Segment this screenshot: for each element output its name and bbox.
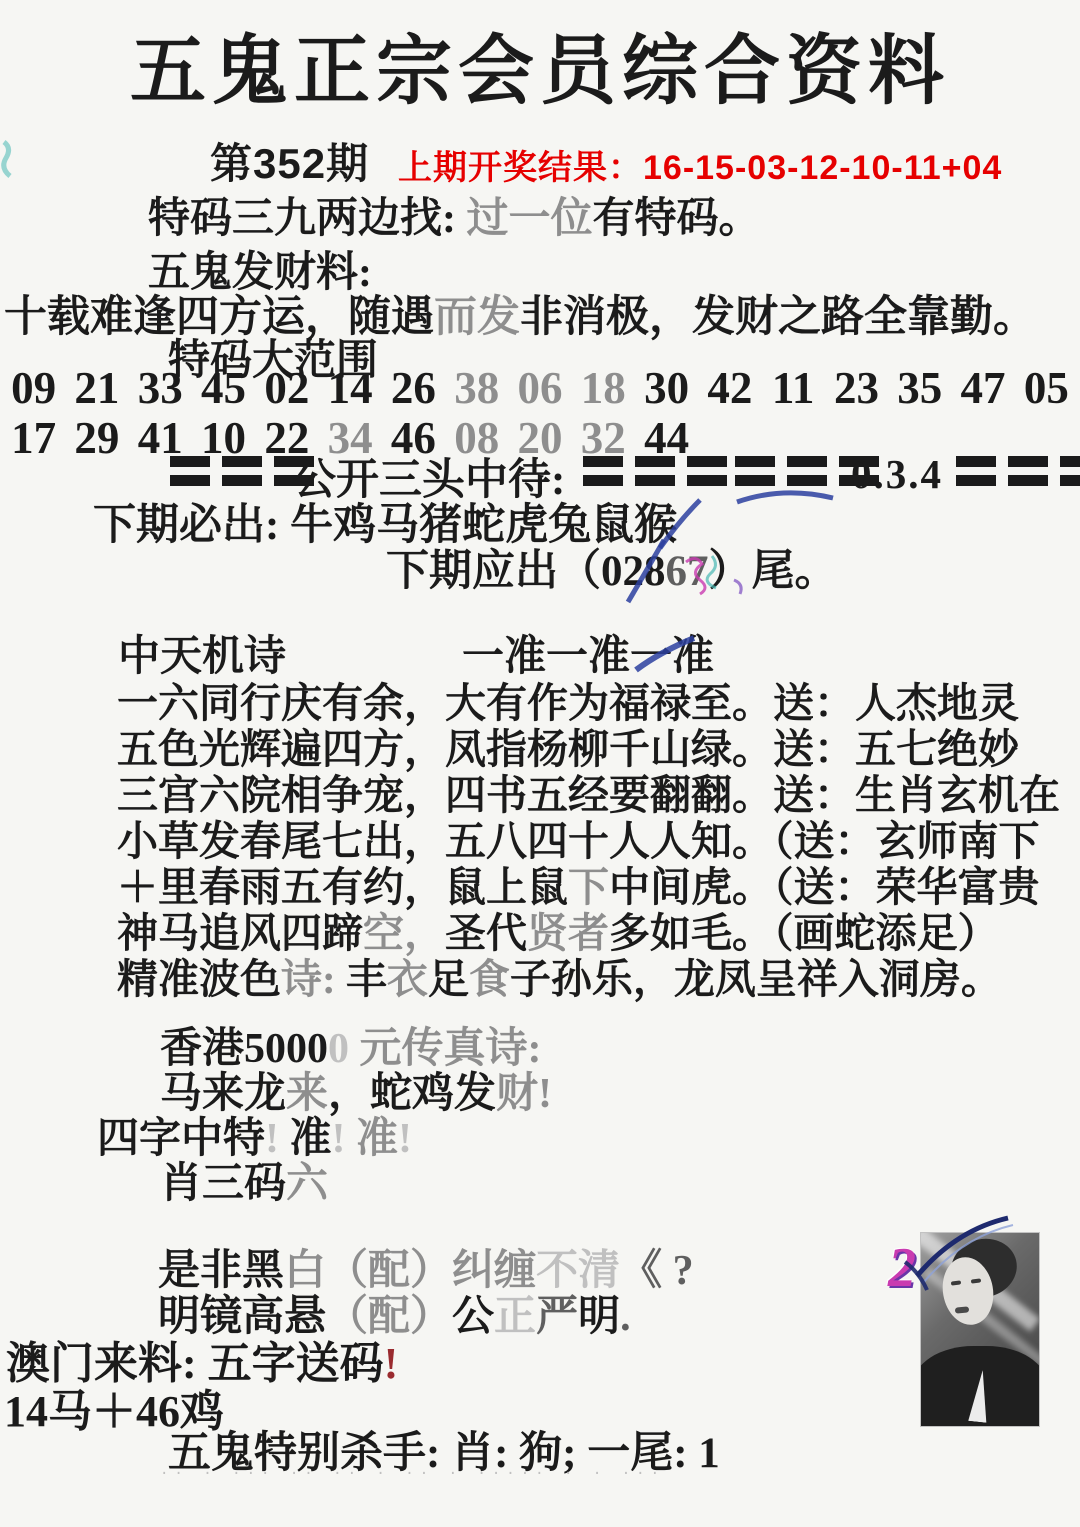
text-segment: 下期应出（028 [386, 548, 666, 595]
text-segment: 多如毛。（画蛇添足） [609, 910, 999, 956]
range-number: 09 [2, 362, 65, 414]
bar-unit [687, 456, 727, 486]
text-segment: ! [332, 1116, 357, 1162]
magenta-2-overlay: 2 [888, 1236, 916, 1300]
poem-line: 五色光辉遍四方，凤指杨柳千山绿。送：五七绝妙 [117, 727, 1019, 772]
last-draw-result: 上期开奖结果：16-15-03-12-10-11+04 [398, 140, 1002, 189]
text-segment: 而发 [434, 294, 520, 341]
poem-accuracy-note: 一准一准一准 [462, 634, 714, 680]
macau-material-line: 澳门来料: 五字送码! [6, 1340, 398, 1388]
bars-code: 0.3.4 [851, 450, 943, 498]
text-segment: 不清 [536, 1248, 620, 1294]
poem-title: 中天机诗 [118, 634, 286, 680]
range-number: 06 [508, 362, 571, 414]
tip-line-special-code: 特码三九两边找: 过一位有特码。 [148, 196, 761, 242]
range-number: 02 [255, 362, 318, 414]
text-segment: ）尾。 [709, 548, 838, 595]
text-segment: （配） [326, 1294, 452, 1340]
text-segment: 香港5000 [160, 1026, 328, 1072]
text-segment: 贤者 [527, 910, 609, 956]
range-number: 38 [445, 362, 508, 414]
range-number: 23 [825, 362, 888, 414]
text-segment: 明 [578, 1294, 620, 1340]
bar-unit [1008, 456, 1048, 486]
range-number: 29 [65, 412, 128, 464]
bar-group-4 [956, 456, 1080, 486]
text-segment: 财! [496, 1071, 552, 1117]
text-segment: 是非黑 [158, 1248, 284, 1294]
text-segment: 马来龙 [160, 1071, 286, 1117]
cutoff-scan-marks: .. . ... .. .. . .. . ..... . . ... [160, 1462, 665, 1478]
next-tail-line: 下期应出（02867）尾。 [386, 548, 838, 595]
text-segment: 非消极，发财之路全靠勤。 [520, 294, 1036, 341]
text-segment: 食 [469, 956, 510, 1002]
text-segment: 丰 [346, 956, 387, 1002]
range-number: 18 [572, 362, 635, 414]
range-number: 45 [192, 362, 255, 414]
text-segment: 中间虎。（送：荣华富贵 [609, 864, 1040, 910]
pair-line-2: 明镜高悬（配）公正严明. [158, 1294, 631, 1340]
text-segment: 纠缠 [452, 1248, 536, 1294]
text-segment: 下 [568, 864, 609, 910]
text-segment: 六 [286, 1161, 328, 1207]
bar-unit [1060, 456, 1080, 486]
range-number: 11 [762, 362, 825, 414]
text-segment: 十载难逢四方运，随遇 [4, 294, 434, 341]
text-segment: 下期必出: [93, 502, 290, 549]
text-segment: ，蛇鸡发 [328, 1071, 496, 1117]
pair-line-1: 是非黑白（配）纠缠不清《 ? [158, 1248, 694, 1294]
text-segment: 《 ? [620, 1248, 694, 1294]
range-number: 14 [318, 362, 381, 414]
text-segment: 牛鸡马猪蛇虎兔鼠猴 [290, 502, 677, 549]
bar-unit [583, 456, 623, 486]
text-segment: 澳门来料: 五字送码 [6, 1339, 384, 1388]
poem-line: ＋里春雨五有约，鼠上鼠下中间虎。（送：荣华富贵 [117, 865, 1040, 910]
page-title: 五鬼正宗会员综合资料 [0, 10, 1080, 119]
text-segment: 明镜高悬 [158, 1294, 326, 1340]
text-segment: 子孙乐，龙凤呈祥入洞房。 [510, 956, 1002, 1002]
text-segment: 三宫六院相争宠，四书五经要翻翻。送：生肖玄机在 [117, 772, 1060, 818]
text-segment: ! [265, 1116, 290, 1162]
range-number: 30 [635, 362, 698, 414]
text-segment: 五鬼发财料: [148, 250, 372, 296]
text-segment: 小草发春尾七出，五八四十人人知。（送：玄师南下 [117, 818, 1040, 864]
poem-color-wave-line: 精准波色诗: 丰衣足食子孙乐，龙凤呈祥入洞房。 [117, 957, 1002, 1002]
text-segment: 0 [328, 1026, 349, 1072]
bars-label: 公开三头中待: [293, 446, 565, 507]
poem-line: 一六同行庆有余，大有作为福禄至。送：人杰地灵 [117, 681, 1019, 726]
text-segment: ＋里春雨五有约，鼠上鼠 [117, 864, 568, 910]
text-segment: 准 [290, 1116, 332, 1162]
text-segment: （配） [326, 1248, 452, 1294]
range-number: 35 [888, 362, 951, 414]
text-segment: 67 [666, 548, 709, 595]
text-segment: 足 [428, 956, 469, 1002]
text-segment: 14马＋46鸡 [4, 1387, 224, 1436]
text-segment: 公 [452, 1294, 494, 1340]
text-segment: 圣代 [445, 910, 527, 956]
text-segment: 精准波色 [117, 956, 281, 1002]
text-segment: 衣 [387, 956, 428, 1002]
range-number: 42 [698, 362, 761, 414]
pen-underline-bars [737, 493, 833, 502]
text-segment: 过一位 [467, 196, 593, 242]
text-segment: 特码三九两边找: [148, 196, 467, 242]
bar-unit [222, 456, 262, 486]
tip-line-fortune-label: 五鬼发财料: [148, 250, 372, 296]
text-segment: 四字中特 [97, 1116, 265, 1162]
hk-fax-title: 香港50000 元传真诗: [160, 1026, 542, 1072]
bar-unit [170, 456, 210, 486]
text-segment: 元传真诗: [349, 1026, 542, 1072]
poem-line: 三宫六院相争宠，四书五经要翻翻。送：生肖玄机在 [117, 773, 1060, 818]
fortune-verse-line: 十载难逢四方运，随遇而发非消极，发财之路全靠勤。 [4, 294, 1036, 341]
text-segment: ! [384, 1339, 399, 1388]
poem-line: 神马追风四蹄空，圣代贤者多如毛。（画蛇添足） [117, 911, 999, 956]
range-number: 33 [129, 362, 192, 414]
zodiac-three-codes-line: 肖三码六 [160, 1161, 328, 1207]
text-segment: 肖三码 [160, 1161, 286, 1207]
text-segment: 来 [286, 1071, 328, 1117]
number-row-1: 0921334502142638061830421123354705 [2, 362, 1078, 414]
next-must-appear-line: 下期必出: 牛鸡马猪蛇虎兔鼠猴 [93, 502, 677, 549]
range-number: 47 [951, 362, 1014, 414]
text-segment: 正 [494, 1294, 536, 1340]
bar-unit [735, 456, 775, 486]
text-segment: 五色光辉遍四方，凤指杨柳千山绿。送：五七绝妙 [117, 726, 1019, 772]
four-char-special-line: 四字中特! 准! 准! [97, 1116, 412, 1162]
text-segment: 一六同行庆有余，大有作为福禄至。送：人杰地灵 [117, 680, 1019, 726]
text-segment: 空， [363, 910, 445, 956]
hk-fax-verse: 马来龙来，蛇鸡发财! [160, 1071, 552, 1117]
range-number: 21 [65, 362, 128, 414]
text-segment: . [620, 1294, 631, 1340]
range-number: 17 [2, 412, 65, 464]
range-number: 26 [382, 362, 445, 414]
bar-unit [787, 456, 827, 486]
text-segment: 白 [284, 1248, 326, 1294]
bar-group-2 [583, 456, 727, 486]
teal-smudge-mark [4, 142, 10, 176]
bar-unit [635, 456, 675, 486]
issue-number: 第352期 [210, 131, 369, 191]
bar-unit [956, 456, 996, 486]
text-segment: 诗: [281, 956, 346, 1002]
text-segment: 准 [356, 1116, 398, 1162]
leaflet-page: 五鬼正宗会员综合资料 第352期 上期开奖结果：16-15-03-12-10-1… [0, 0, 1080, 1527]
text-segment: 神马追风四蹄 [117, 910, 363, 956]
text-segment: 严 [536, 1294, 578, 1340]
text-segment: 有特码。 [593, 196, 761, 242]
poem-line: 小草发春尾七出，五八四十人人知。（送：玄师南下 [117, 819, 1040, 864]
text-segment: ! [398, 1116, 412, 1162]
range-number: 05 [1015, 362, 1078, 414]
man-portrait-photo [920, 1232, 1040, 1427]
